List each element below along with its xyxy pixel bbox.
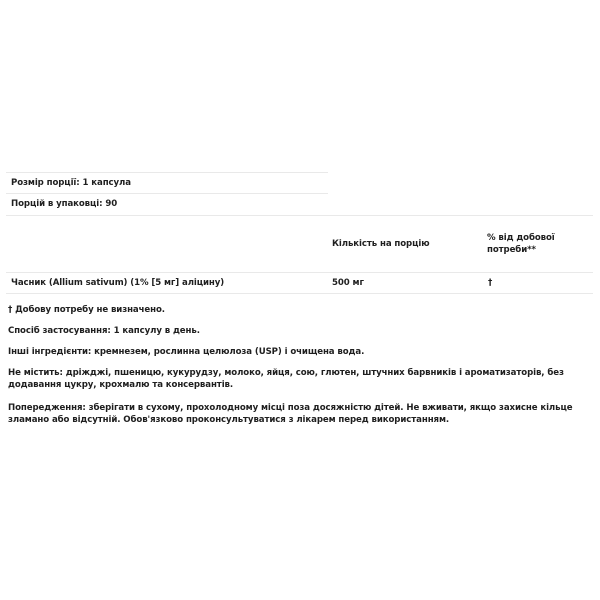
header-daily-value: % від добової потреби**	[487, 232, 577, 256]
divider	[6, 272, 593, 273]
dagger-note: † Добову потребу не визначено.	[8, 304, 165, 316]
other-ingredients-note: Інші інгредієнти: кремнезем, рослинна це…	[8, 346, 364, 358]
divider	[6, 215, 593, 216]
ingredient-name: Часник (Allium sativum) (1% [5 мг] аліци…	[11, 277, 224, 289]
divider	[6, 293, 593, 294]
ingredient-amount: 500 мг	[332, 277, 364, 289]
free-from-note: Не містить: дріжджі, пшеницю, кукурудзу,…	[8, 367, 590, 391]
divider	[6, 193, 328, 194]
header-amount: Кількість на порцію	[332, 238, 429, 250]
divider	[6, 172, 328, 173]
ingredient-daily-value: †	[488, 277, 492, 289]
serving-size: Розмір порції: 1 капсула	[11, 177, 131, 189]
servings-per-container: Порцій в упаковці: 90	[11, 198, 117, 210]
warning-note: Попередження: зберігати в сухому, прохол…	[8, 402, 590, 426]
usage-note: Спосіб застосування: 1 капсулу в день.	[8, 325, 200, 337]
